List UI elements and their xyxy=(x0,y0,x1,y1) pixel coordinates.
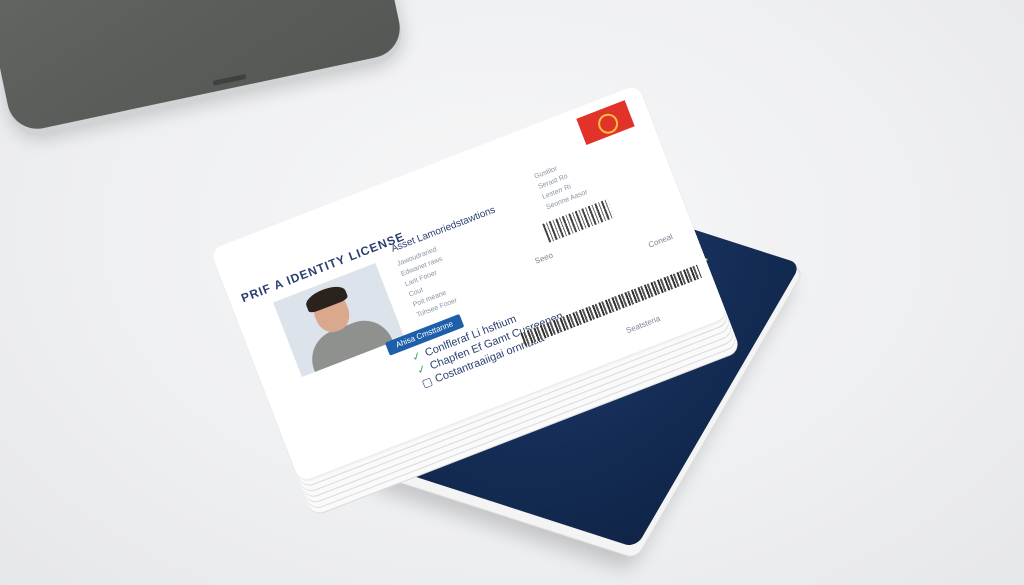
card-fields: Jawoudraried Edwanet raws Larit Fooer Co… xyxy=(395,244,460,321)
footer-label: Seatsteria xyxy=(625,314,662,335)
holder-name: Asset Lamoriedstawtions xyxy=(390,205,497,255)
tablet-device xyxy=(0,0,405,134)
corner-label: Coneal xyxy=(647,232,674,249)
tablet-button xyxy=(212,74,246,86)
photo-scene: PASSPORT CARINE R ICANSE IS ANIVOANIE PR… xyxy=(0,0,1024,585)
card-right-fields: Gustilor Serast Ro Lesterr Ri Seonne Aas… xyxy=(533,156,590,213)
barcode-label: Seeo xyxy=(534,251,555,266)
flag-icon xyxy=(576,100,634,145)
